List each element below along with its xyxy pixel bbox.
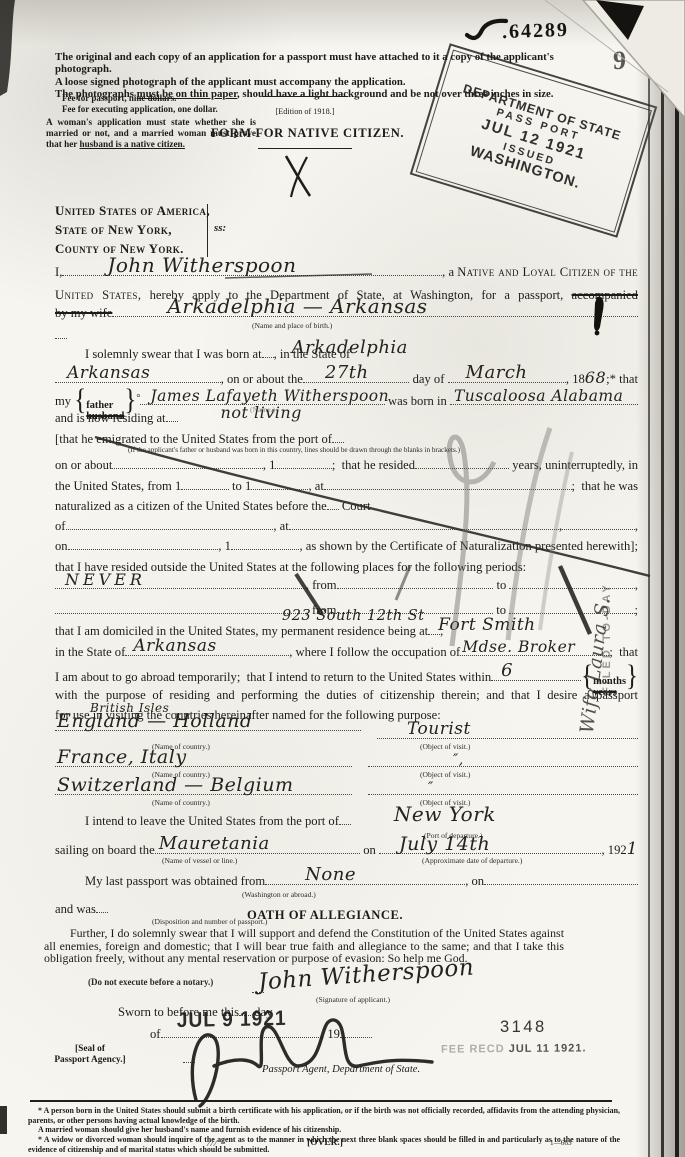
serial-number: .64289 <box>502 19 570 44</box>
oath-title: OATH OF ALLEGIANCE. <box>30 908 620 923</box>
on-or-about-line: on or about , 1 ; that he resided years,… <box>55 458 638 473</box>
applicant-line: I, John Witherspoon , a Native and Loyal… <box>55 265 638 280</box>
over-note: [OVER.] <box>30 1138 620 1149</box>
jul-9-1921-stamp: JUL 9 1921 <box>177 1007 287 1033</box>
wife-blank: Arkadelphia — Arkansas <box>112 314 638 317</box>
last-passport-blank: None <box>265 882 465 885</box>
court-of-line: of , at , , <box>55 519 638 534</box>
born-at-line: I solemnly swear that I was born at Arka… <box>85 347 638 362</box>
state-blank: Arkansas <box>55 380 221 383</box>
venue-line-1: United States of America, <box>55 202 210 221</box>
applicant-name-blank: John Witherspoon <box>62 273 442 276</box>
footnote-1: * A person born in the United States sho… <box>28 1106 620 1125</box>
periods-line-1: NEVER , from to , <box>55 578 638 593</box>
birthplace-handwriting: Arkadelphia — Arkansas <box>167 295 427 318</box>
notary-note: (Do not execute before a notary.) <box>88 977 213 987</box>
ghost-digit-9: 9 <box>613 46 626 76</box>
venue-ss: ss: <box>214 222 226 234</box>
country-1-above: British Isles <box>90 702 169 716</box>
footnote-2: A married woman should give her husband'… <box>28 1125 620 1135</box>
birth-date-line: Arkansas , on or about the 27th day of M… <box>55 369 638 388</box>
vessel-line: sailing on board the Mauretania on July … <box>55 840 638 860</box>
oath-body: Further, I do solemnly swear that I will… <box>44 927 564 965</box>
stamp-inner: DEPARTMENT OF STATE PASS PORT JUL 12 192… <box>415 49 651 232</box>
street-address-handwriting: 923 South 12th St <box>282 608 425 624</box>
application-number: 3148 <box>500 1018 547 1037</box>
object-3-blank: ″ <box>368 792 638 795</box>
footnote-rule <box>30 1100 612 1102</box>
brace-open: { <box>74 388 86 412</box>
departure-date-blank: July 14th <box>379 851 602 854</box>
agent-signature-rule <box>183 1060 438 1063</box>
form-title: FORM FOR NATIVE CITIZEN. <box>195 126 420 141</box>
port-line: I intend to leave the United States from… <box>85 814 638 829</box>
country-1-blank: England — Holland British Isles <box>55 728 361 731</box>
caption-signature: (Signature of applicant.) <box>316 995 390 1004</box>
venue-block: United States of America, State of New Y… <box>55 202 210 258</box>
country-row-1: England — Holland British Isles Tourist <box>55 728 638 743</box>
emigrated-line: [that he emigrated to the United States … <box>55 432 638 447</box>
vessel-blank: Mauretania <box>155 851 360 854</box>
edition-note: [Edition of 1918.] <box>245 107 365 117</box>
born-at-blank: Arkadelphia <box>262 355 274 358</box>
wife-line: by my wife Arkadelphia — Arkansas <box>55 306 638 321</box>
form-code: 1—663 <box>550 1139 572 1147</box>
occupation-line: in the State of Arkansas , where I follo… <box>55 645 638 660</box>
month-blank: March <box>448 380 566 383</box>
residing-line: and is now residing at not living <box>55 411 638 426</box>
residing-blank: not living <box>166 419 178 422</box>
day-blank: 27th <box>303 380 410 383</box>
fee-received-stamp: FEE RECD JUL 11 1921. <box>441 1042 587 1055</box>
country-3-blank: Switzerland — Belgium <box>55 792 352 795</box>
applicant-name-handwriting: John Witherspoon <box>107 254 296 277</box>
agent-caption: Passport Agent, Department of State. <box>262 1064 420 1075</box>
object-2-blank: ″, <box>368 764 638 767</box>
state-of-blank: Arkansas <box>125 653 289 656</box>
country-row-3: Switzerland — Belgium ″ <box>55 784 638 799</box>
father-birthplace-blank: Tuscaloosa Alabama <box>450 402 638 405</box>
brace-close: } <box>124 388 136 412</box>
caption-brackets-note: (If the applicant's father or husband wa… <box>128 446 460 454</box>
resided-years-line: the United States, from 1 to 1 , at ; th… <box>55 479 638 494</box>
months-blank: 6 <box>491 678 581 681</box>
fee-line-1: Fee for passport, nine dollars. <box>62 93 218 104</box>
country-row-2: France, Italy ″, <box>55 756 638 771</box>
passport-application-scan: .64289 3 9 The original and each copy of… <box>0 0 685 1157</box>
object-1-blank: Tourist <box>377 736 638 739</box>
caption-name-place-of-birth: (Name and place of birth.) <box>252 321 332 330</box>
paper-top-smudge <box>0 0 685 46</box>
fee-notes: Fee for passport, nine dollars. Fee for … <box>62 93 218 114</box>
seal-note: [Seal of Passport Agency.] <box>50 1044 130 1065</box>
never-blank: NEVER <box>55 586 306 589</box>
binding-edge <box>636 0 685 1157</box>
venue-line-2: State of New York, <box>55 221 210 240</box>
certificate-line: on , 1 , as shown by the Certificate of … <box>55 539 638 554</box>
masthead-rule-bottom <box>258 148 352 149</box>
residence-blank: Fort Smith <box>428 632 440 635</box>
port-blank: New York <box>339 822 351 825</box>
masthead-rule-top <box>262 96 348 97</box>
fee-line-2: Fee for executing application, one dolla… <box>62 104 218 115</box>
last-passport-line: My last passport was obtained from None … <box>85 874 638 889</box>
x-mark <box>286 156 310 196</box>
venue-brace <box>207 204 208 257</box>
naturalized-line: naturalized as a citizen of the United S… <box>55 499 638 514</box>
country-2-blank: France, Italy <box>55 764 352 767</box>
